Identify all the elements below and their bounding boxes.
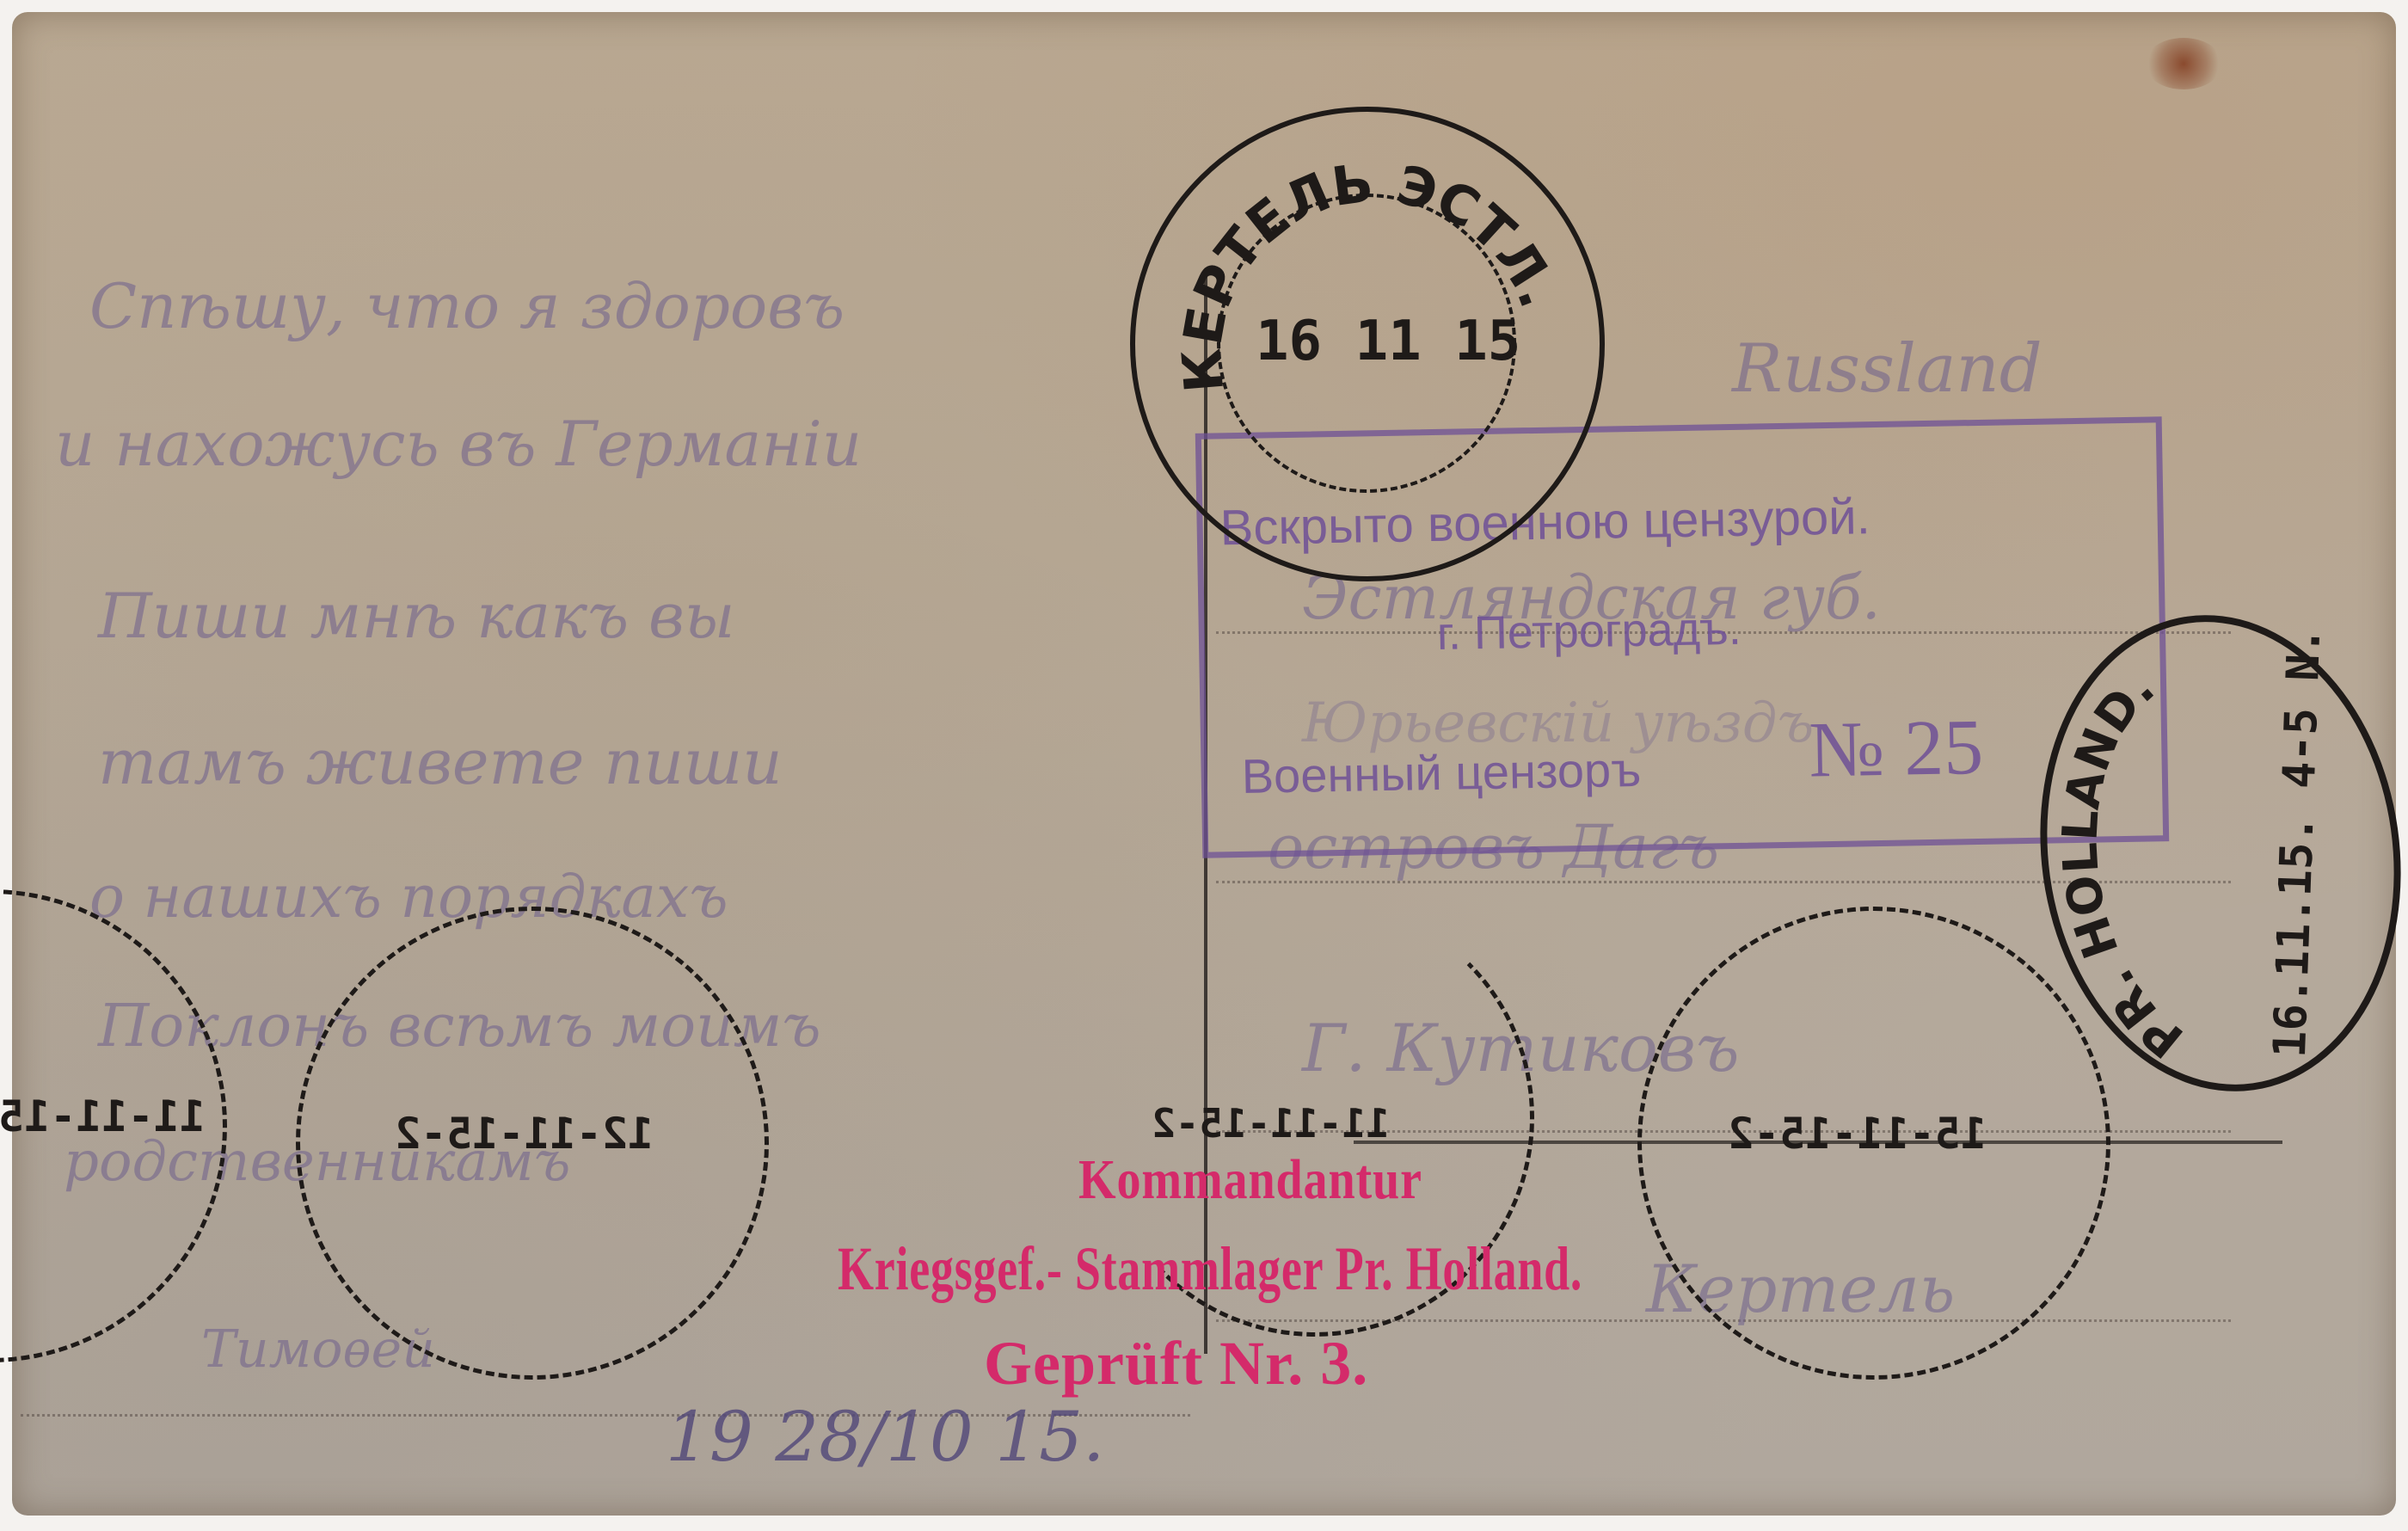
handwritten-line: о нашихъ порядкахъ [89,864,728,932]
kertel-date: 16 11 15 [1256,310,1520,373]
handwritten-line: Пиши мнѣ какъ вы [98,580,735,652]
handwritten-country: Russland [1732,330,2042,408]
handwritten-line: тамъ живете пиши [98,726,783,798]
transit-postmark: 12-11-15-2 [296,907,769,1380]
handwritten-line: Спѣшу, что я здоровъ [89,270,845,342]
handwritten-date: 19 28/10 15. [666,1397,1104,1477]
censor-line-censor: Военный цензоръ [1241,741,1642,804]
handwritten-line: и нахожусь въ Германіи [55,408,862,480]
transit-postmark: 11-11-15 [0,889,227,1362]
transit-postmark: 15-11-15-2 [1637,907,2110,1380]
kertel-postmark: КЕРТЕЛЬ ЭСТЛ. 16 11 15 [1130,107,1605,581]
camp-stamp-kommandantur: Kommandantur [1078,1147,1422,1213]
postcard-back: Спѣшу, что я здоровъ и нахожусь въ Герма… [12,12,2396,1516]
censor-number: № 25 [1808,701,1984,796]
rust-stain [2145,38,2222,89]
transit-date: 15-11-15-2 [1728,1109,1987,1159]
transit-date: 11-11-15-2 [1152,1100,1390,1147]
camp-stamp-stammlager: Kriegsgef.- Stammlager Pr. Holland. [838,1233,1582,1305]
transit-date: 11-11-15 [0,1091,206,1141]
transit-date: 12-11-15-2 [395,1109,654,1159]
camp-stamp-geprueft: Geprüft Nr. 3. [984,1328,1368,1399]
censor-line-city: г. Петроградъ. [1436,602,1741,661]
